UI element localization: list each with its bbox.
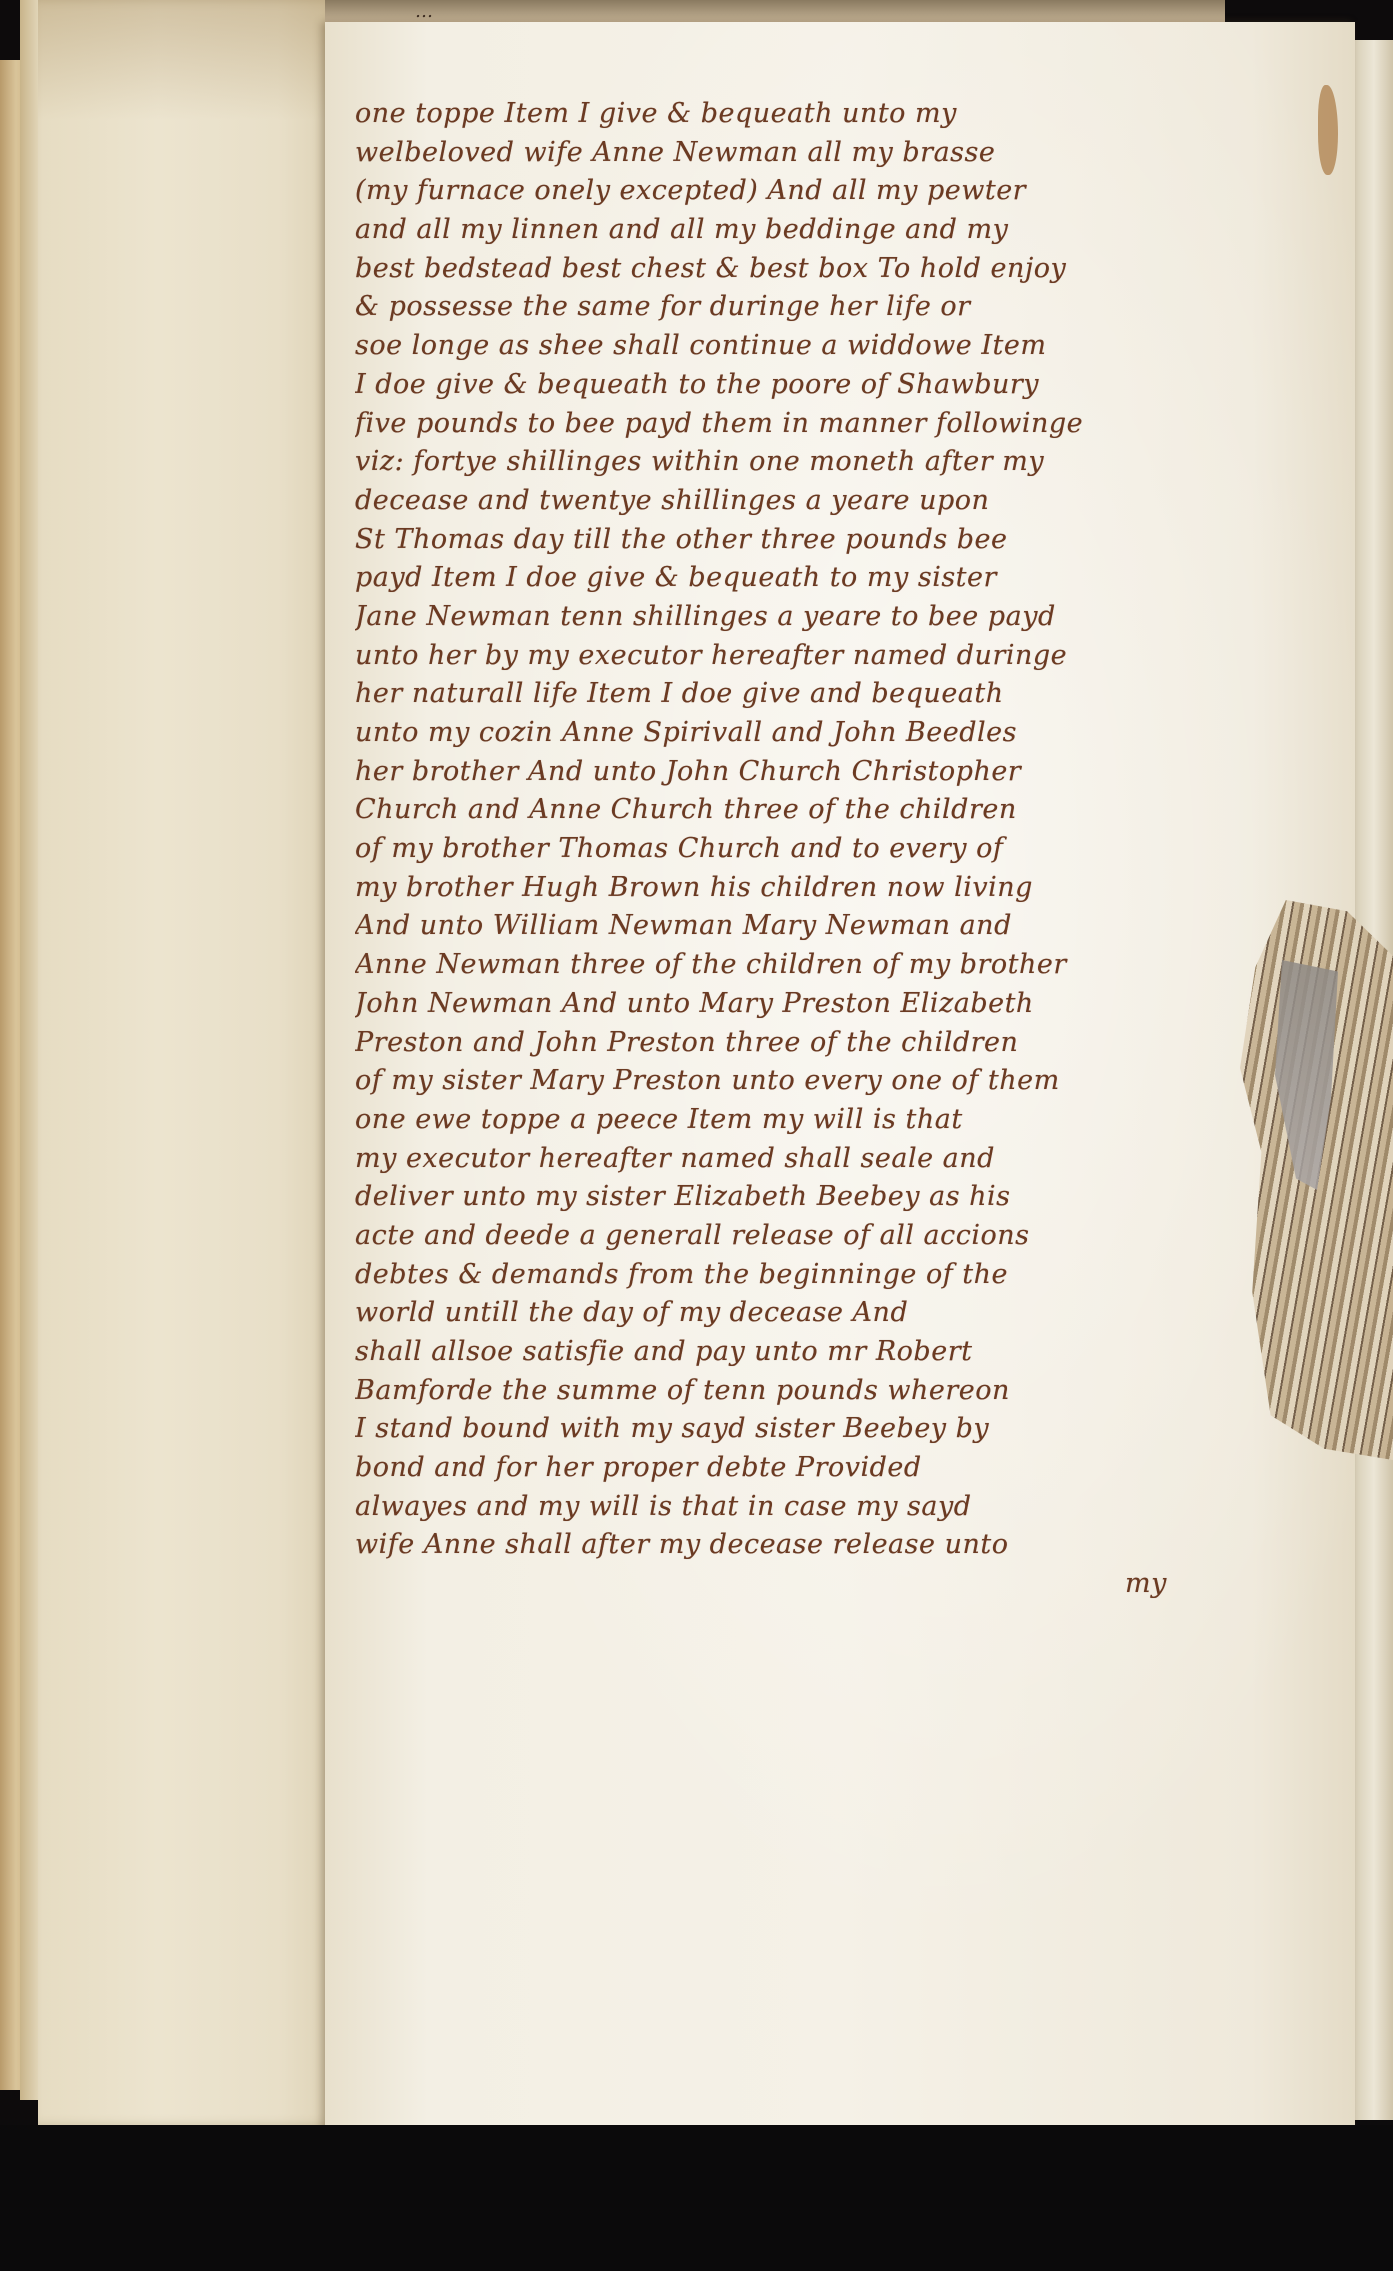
manuscript-line: I stand bound with my sayd sister Beebey…: [355, 1410, 1345, 1449]
manuscript-line: viz: fortye shillinges within one moneth…: [355, 443, 1345, 482]
manuscript-line: and all my linnen and all my beddinge an…: [355, 211, 1345, 250]
manuscript-line: one ewe toppe a peece Item my will is th…: [355, 1101, 1345, 1140]
manuscript-line: world untill the day of my decease And: [355, 1294, 1345, 1333]
manuscript-line: her brother And unto John Church Christo…: [355, 753, 1345, 792]
manuscript-line: bond and for her proper debte Provided: [355, 1449, 1345, 1488]
manuscript-line: St Thomas day till the other three pound…: [355, 521, 1345, 560]
manuscript-line: deliver unto my sister Elizabeth Beebey …: [355, 1178, 1345, 1217]
manuscript-line: acte and deede a generall release of all…: [355, 1217, 1345, 1256]
manuscript-line: Bamforde the summe of tenn pounds whereo…: [355, 1372, 1345, 1411]
manuscript-line: unto her by my executor hereafter named …: [355, 637, 1345, 676]
manuscript-line: Jane Newman tenn shillinges a yeare to b…: [355, 598, 1345, 637]
manuscript-line: decease and twentye shillinges a yeare u…: [355, 482, 1345, 521]
manuscript-line: her naturall life Item I doe give and be…: [355, 675, 1345, 714]
dark-background: [0, 2125, 1393, 2271]
blank-left-leaf: [38, 0, 338, 2125]
manuscript-line: my executor hereafter named shall seale …: [355, 1140, 1345, 1179]
manuscript-line: Preston and John Preston three of the ch…: [355, 1024, 1345, 1063]
manuscript-line: of my brother Thomas Church and to every…: [355, 830, 1345, 869]
manuscript-line: my brother Hugh Brown his children now l…: [355, 869, 1345, 908]
manuscript-line: five pounds to bee payd them in manner f…: [355, 405, 1345, 444]
manuscript-line: & possesse the same for duringe her life…: [355, 288, 1345, 327]
manuscript-line: And unto William Newman Mary Newman and: [355, 907, 1345, 946]
manuscript-line: Church and Anne Church three of the chil…: [355, 791, 1345, 830]
manuscript-line: unto my cozin Anne Spirivall and John Be…: [355, 714, 1345, 753]
manuscript-line: soe longe as shee shall continue a widdo…: [355, 327, 1345, 366]
manuscript-line: Anne Newman three of the children of my …: [355, 946, 1345, 985]
manuscript-line: of my sister Mary Preston unto every one…: [355, 1062, 1345, 1101]
manuscript-line: I doe give & bequeath to the poore of Sh…: [355, 366, 1345, 405]
manuscript-line: welbeloved wife Anne Newman all my brass…: [355, 134, 1345, 173]
manuscript-line: John Newman And unto Mary Preston Elizab…: [355, 985, 1345, 1024]
folio-top-strip: …: [325, 0, 1225, 24]
manuscript-line: (my furnace onely excepted) And all my p…: [355, 172, 1345, 211]
manuscript-line: best bedstead best chest & best box To h…: [355, 250, 1345, 289]
manuscript-text: one toppe Item I give & bequeath unto my…: [355, 95, 1345, 1604]
manuscript-line: shall allsoe satisfie and pay unto mr Ro…: [355, 1333, 1345, 1372]
manuscript-line: one toppe Item I give & bequeath unto my: [355, 95, 1345, 134]
manuscript-line: wife Anne shall after my decease release…: [355, 1526, 1345, 1565]
catchword: my: [355, 1565, 1345, 1604]
manuscript-line: debtes & demands from the beginninge of …: [355, 1256, 1345, 1295]
manuscript-line: alwayes and my will is that in case my s…: [355, 1488, 1345, 1527]
top-strip-text: …: [415, 1, 433, 22]
manuscript-line: payd Item I doe give & bequeath to my si…: [355, 559, 1345, 598]
